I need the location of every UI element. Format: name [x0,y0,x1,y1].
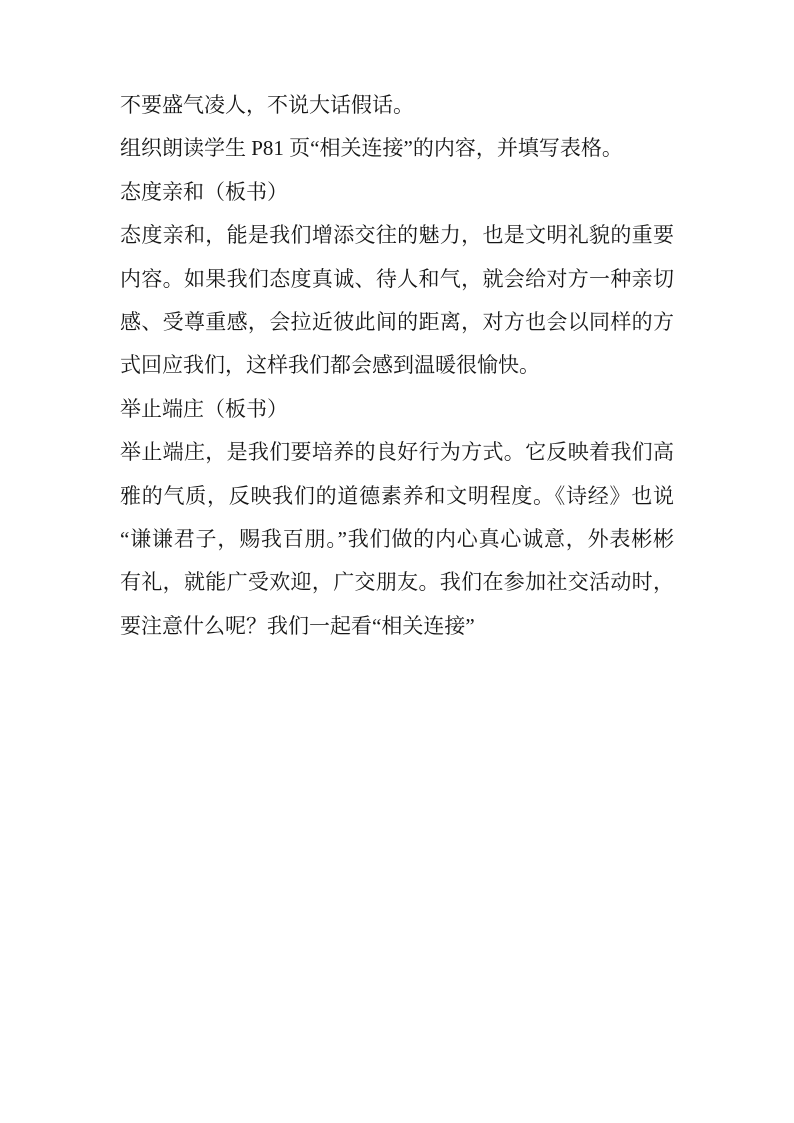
heading-attitude-amiable: 态度亲和（板书） [120,171,674,214]
document-text-block: 不要盛气凌人，不说大话假话。 组织朗读学生 P81 页“相关连接”的内容，并填写… [120,84,674,648]
paragraph-no-bragging: 不要盛气凌人，不说大话假话。 [120,84,674,127]
paragraph-reading-task: 组织朗读学生 P81 页“相关连接”的内容，并填写表格。 [120,127,674,170]
document-page: 不要盛气凌人，不说大话假话。 组织朗读学生 P81 页“相关连接”的内容，并填写… [0,0,794,1123]
paragraph-attitude-amiable-body: 态度亲和，能是我们增添交往的魅力，也是文明礼貌的重要内容。如果我们态度真诚、待人… [120,214,674,388]
paragraph-dignified-manner-body: 举止端庄，是我们要培养的良好行为方式。它反映着我们高雅的气质，反映我们的道德素养… [120,431,674,648]
heading-dignified-manner: 举止端庄（板书） [120,388,674,431]
